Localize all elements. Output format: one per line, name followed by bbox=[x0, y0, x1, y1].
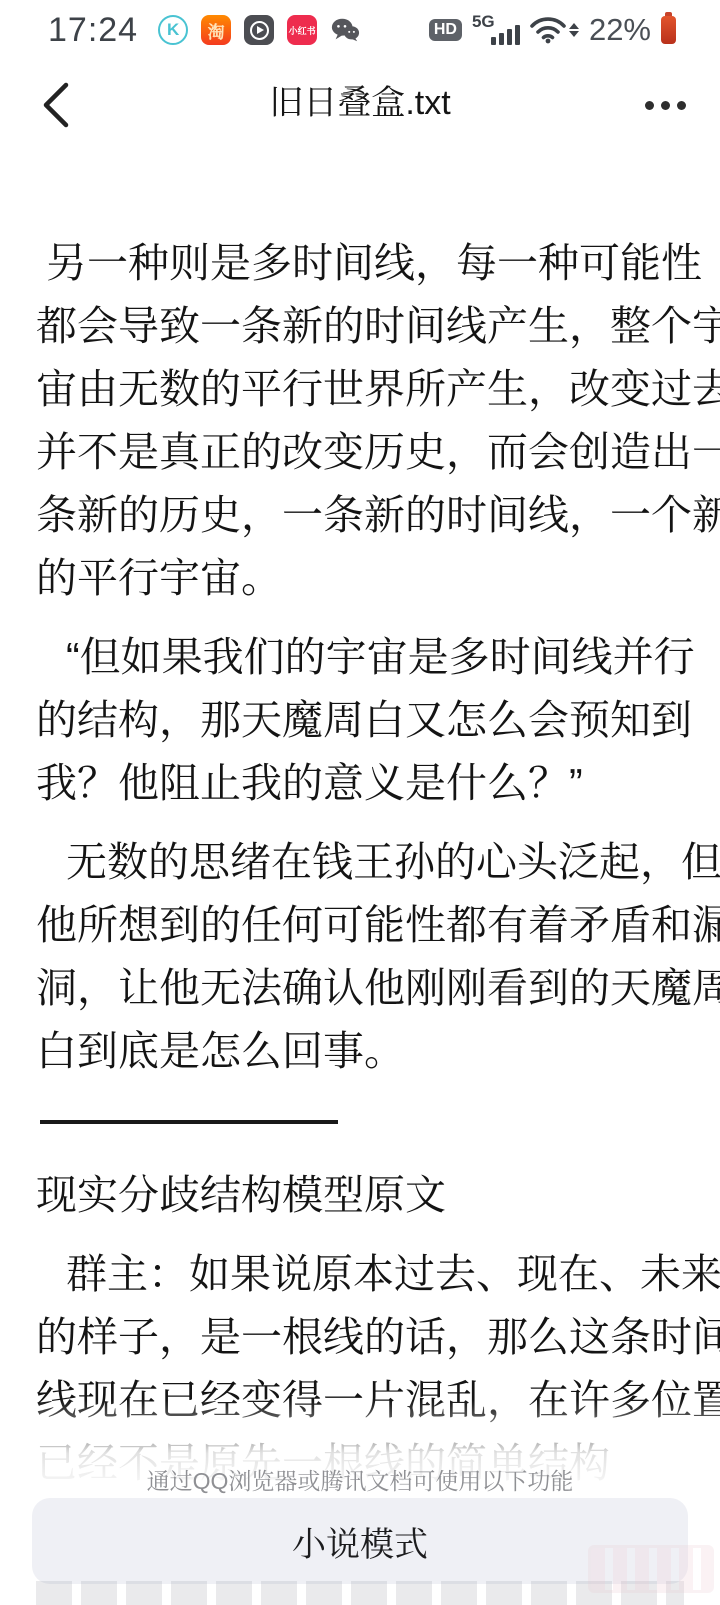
battery-icon bbox=[661, 16, 676, 44]
document-title: 旧日叠盒.txt bbox=[0, 60, 720, 150]
xiaohongshu-icon: 小红书 bbox=[287, 15, 317, 45]
text-line: 白到底是怎么回事。 bbox=[36, 1020, 684, 1083]
more-options-button[interactable] bbox=[620, 90, 686, 120]
paragraph: “但如果我们的宇宙是多时间线并行的结构，那天魔周白又怎么会预知到我？他阻止我的意… bbox=[36, 626, 684, 815]
text-line: 另一种则是多时间线，每一种可能性 bbox=[36, 232, 684, 295]
text-line: 我？他阻止我的意义是什么？” bbox=[36, 752, 684, 815]
text-line: 洞，让他无法确认他刚刚看到的天魔周 bbox=[36, 957, 684, 1020]
status-bar-right: HD 5G 22% bbox=[429, 12, 676, 48]
text-line: 的结构，那天魔周白又怎么会预知到 bbox=[36, 689, 684, 752]
notification-icons: K 淘 小红书 bbox=[158, 15, 360, 45]
text-line: 的样子，是一根线的话，那么这条时间 bbox=[36, 1306, 684, 1369]
text-line: 都会导致一条新的时间线产生，整个宇 bbox=[36, 295, 684, 358]
hd-badge: HD bbox=[429, 19, 462, 41]
text-line: 宙由无数的平行世界所产生，改变过去 bbox=[36, 358, 684, 421]
text-line: 无数的思绪在钱王孙的心头泛起，但 bbox=[36, 831, 684, 894]
video-watermark bbox=[588, 1545, 714, 1593]
paragraph: 另一种则是多时间线，每一种可能性都会导致一条新的时间线产生，整个宇宙由无数的平行… bbox=[36, 232, 684, 610]
title-bar: 旧日叠盒.txt bbox=[0, 60, 720, 150]
text-line: 群主：如果说原本过去、现在、未来 bbox=[36, 1243, 684, 1306]
text-line: 并不是真正的改变历史，而会创造出一 bbox=[36, 421, 684, 484]
status-bar-left: 17:24 K 淘 小红书 bbox=[48, 11, 360, 50]
video-play-icon bbox=[244, 15, 274, 45]
faded-next-line bbox=[36, 1581, 684, 1605]
dot-icon bbox=[661, 101, 670, 110]
k-circle-icon: K bbox=[158, 15, 188, 45]
play-ring bbox=[250, 21, 269, 40]
status-bar: 17:24 K 淘 小红书 HD bbox=[0, 0, 720, 60]
paragraph: 无数的思绪在钱王孙的心头泛起，但他所想到的任何可能性都有着矛盾和漏洞，让他无法确… bbox=[36, 831, 684, 1083]
feature-tip-text: 通过QQ浏览器或腾讯文档可使用以下功能 bbox=[0, 1463, 720, 1496]
text-line: 条新的历史，一条新的时间线，一个新 bbox=[36, 484, 684, 547]
text-line: 的平行宇宙。 bbox=[36, 547, 684, 610]
data-arrows-icon bbox=[569, 23, 579, 37]
play-triangle-icon bbox=[257, 26, 264, 34]
battery-percent: 22% bbox=[589, 12, 651, 48]
signal-bars-icon bbox=[491, 25, 520, 45]
phone-screen: 17:24 K 淘 小红书 HD bbox=[0, 0, 720, 1605]
cellular-signal-icon: 5G bbox=[472, 12, 520, 48]
section-heading: 现实分歧结构模型原文 bbox=[36, 1164, 684, 1227]
dot-icon bbox=[645, 101, 654, 110]
clock: 17:24 bbox=[48, 11, 138, 50]
text-line: “但如果我们的宇宙是多时间线并行 bbox=[36, 626, 684, 689]
dot-icon bbox=[677, 101, 686, 110]
document-body: 另一种则是多时间线，每一种可能性都会导致一条新的时间线产生，整个宇宙由无数的平行… bbox=[0, 150, 720, 1511]
text-line: 他所想到的任何可能性都有着矛盾和漏 bbox=[36, 894, 684, 957]
taobao-icon: 淘 bbox=[201, 15, 231, 45]
wechat-icon bbox=[330, 15, 360, 45]
wifi-icon bbox=[530, 16, 579, 44]
text-line: 现实分歧结构模型原文 bbox=[36, 1164, 684, 1227]
section-divider bbox=[40, 1120, 338, 1124]
